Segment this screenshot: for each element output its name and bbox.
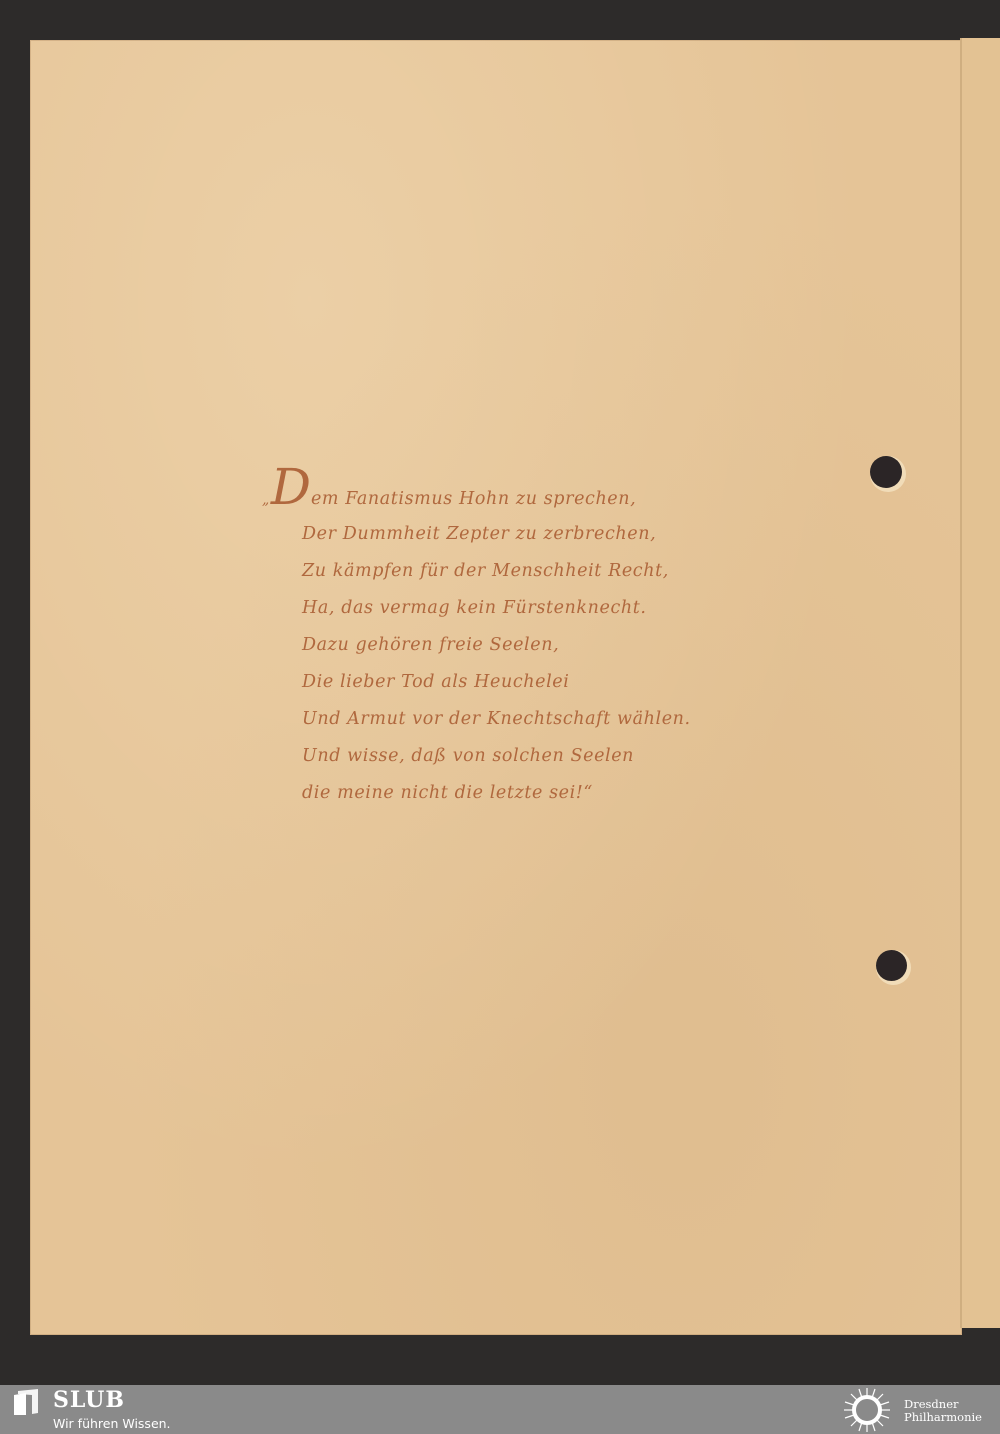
slub-book-icon[interactable] — [12, 1389, 42, 1417]
poem-line-1: „Dem Fanatismus Hohn zu sprechen, — [262, 462, 636, 512]
slub-name[interactable]: SLUB — [53, 1387, 125, 1413]
poem-line-5: Dazu gehören freie Seelen, — [302, 635, 559, 655]
poem-line-4: Ha, das vermag kein Fürstenknecht. — [302, 598, 647, 618]
poem-line-3: Zu kämpfen für der Menschheit Recht, — [302, 561, 669, 581]
drop-cap: D — [271, 458, 311, 516]
poem-line-6: Die lieber Tod als Heuchelei — [302, 672, 569, 692]
adjacent-page-edge — [960, 38, 1000, 1328]
poem-line-7: Und Armut vor der Knechtschaft wählen. — [302, 709, 691, 729]
dresdner-philharmonie-sun-icon[interactable] — [842, 1387, 892, 1433]
dp-name-line2: Philharmonie — [904, 1411, 982, 1424]
opening-quote-mark: „ — [262, 492, 270, 508]
punch-hole-top — [870, 456, 902, 488]
poem-line-8: Und wisse, daß von solchen Seelen — [302, 746, 634, 766]
poem-line-2: Der Dummheit Zepter zu zerbrechen, — [302, 524, 656, 544]
punch-hole-bottom — [876, 950, 907, 981]
poem-line-9: die meine nicht die letzte sei!“ — [302, 783, 593, 803]
dresdner-philharmonie-name[interactable]: Dresdner Philharmonie — [904, 1398, 982, 1424]
poem-line-text: em Fanatismus Hohn zu sprechen, — [311, 489, 636, 509]
footer-bar: SLUB Wir führen Wissen. Dresdner Philhar… — [0, 1385, 1000, 1434]
slub-tagline: Wir führen Wissen. — [53, 1416, 171, 1431]
